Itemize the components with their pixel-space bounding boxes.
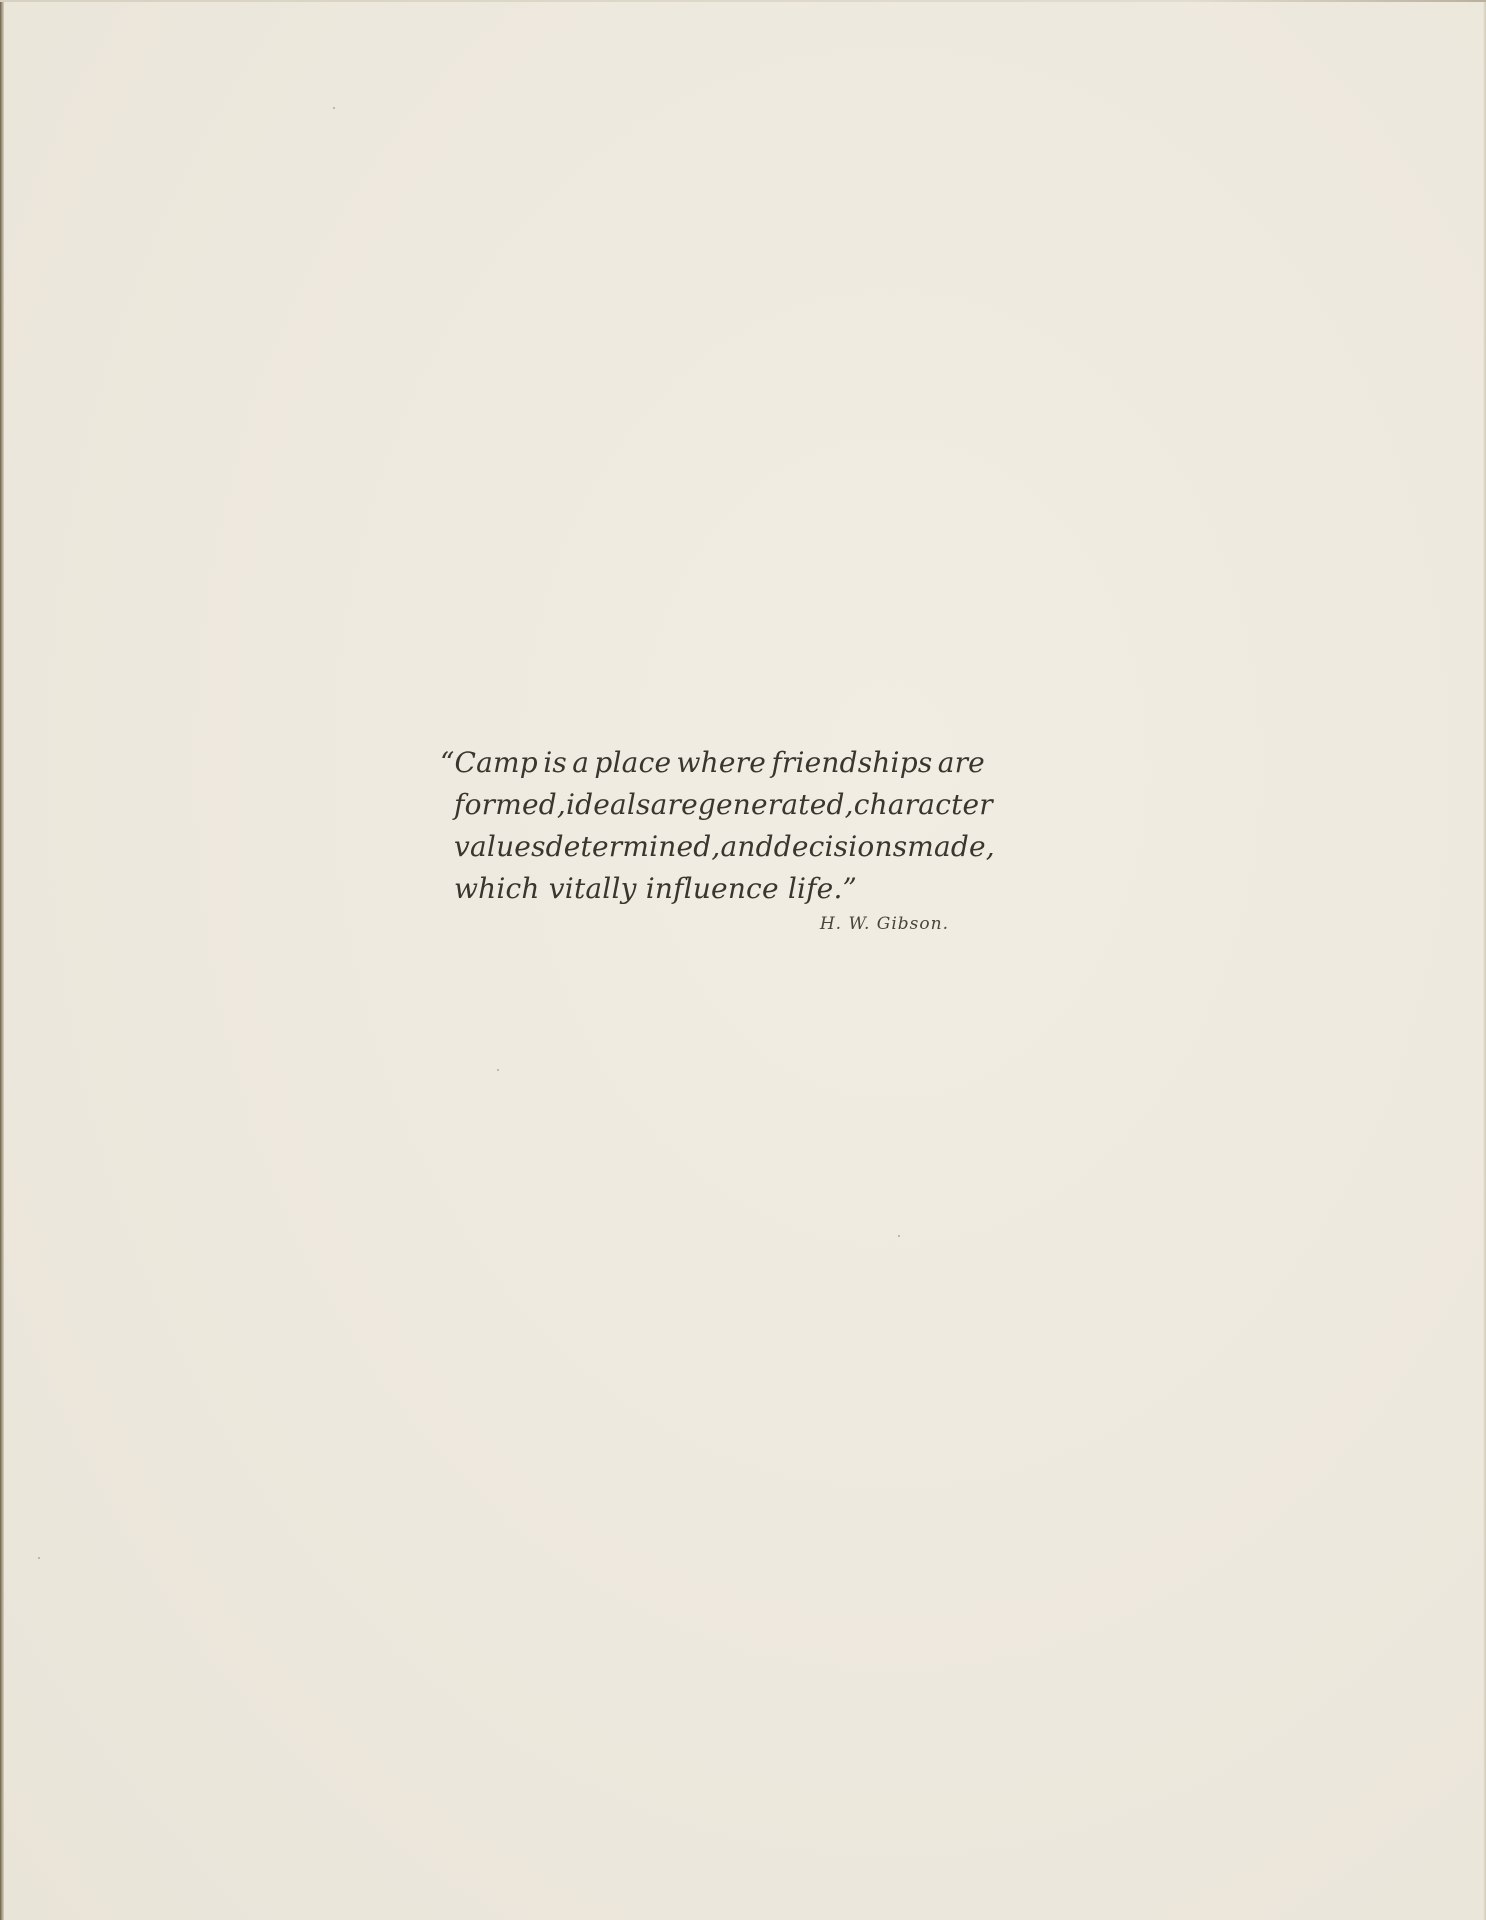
quote-word: a bbox=[572, 742, 589, 784]
quote-attribution: H. W. Gibson. bbox=[440, 912, 985, 936]
page-left-edge bbox=[0, 0, 4, 1920]
quote-line-3: valuesdetermined,anddecisionsmade, bbox=[440, 826, 985, 868]
paper-speck bbox=[898, 1235, 900, 1237]
quote-word: generated, bbox=[698, 784, 854, 826]
paper-speck bbox=[38, 1557, 40, 1559]
quotation: “Campisaplacewherefriendshipsare formed,… bbox=[440, 742, 985, 936]
quote-word: formed, bbox=[454, 784, 566, 826]
quote-word: ideals bbox=[566, 784, 651, 826]
quote-word: determined, bbox=[546, 826, 721, 868]
page-top-edge bbox=[0, 0, 1486, 2]
paper-speck bbox=[497, 1069, 499, 1071]
paper-speck bbox=[333, 107, 335, 109]
quote-word: and bbox=[720, 826, 773, 868]
quote-line-2: formed,idealsaregenerated,character bbox=[440, 784, 985, 826]
quote-word: where bbox=[677, 742, 767, 784]
quote-word: are bbox=[938, 742, 985, 784]
quote-word: made, bbox=[907, 826, 995, 868]
quote-word: “Camp bbox=[440, 742, 538, 784]
quote-line-4: which vitally influence life.” bbox=[440, 868, 985, 910]
quote-word: place bbox=[594, 742, 671, 784]
quote-word: decisions bbox=[774, 826, 908, 868]
quote-word: are bbox=[651, 784, 698, 826]
paper-page: “Campisaplacewherefriendshipsare formed,… bbox=[0, 0, 1486, 1920]
quote-word: character bbox=[854, 784, 993, 826]
quote-line-1: “Campisaplacewherefriendshipsare bbox=[440, 742, 985, 784]
quote-word: friendships bbox=[771, 742, 932, 784]
quote-word: values bbox=[454, 826, 546, 868]
quote-word: is bbox=[543, 742, 567, 784]
